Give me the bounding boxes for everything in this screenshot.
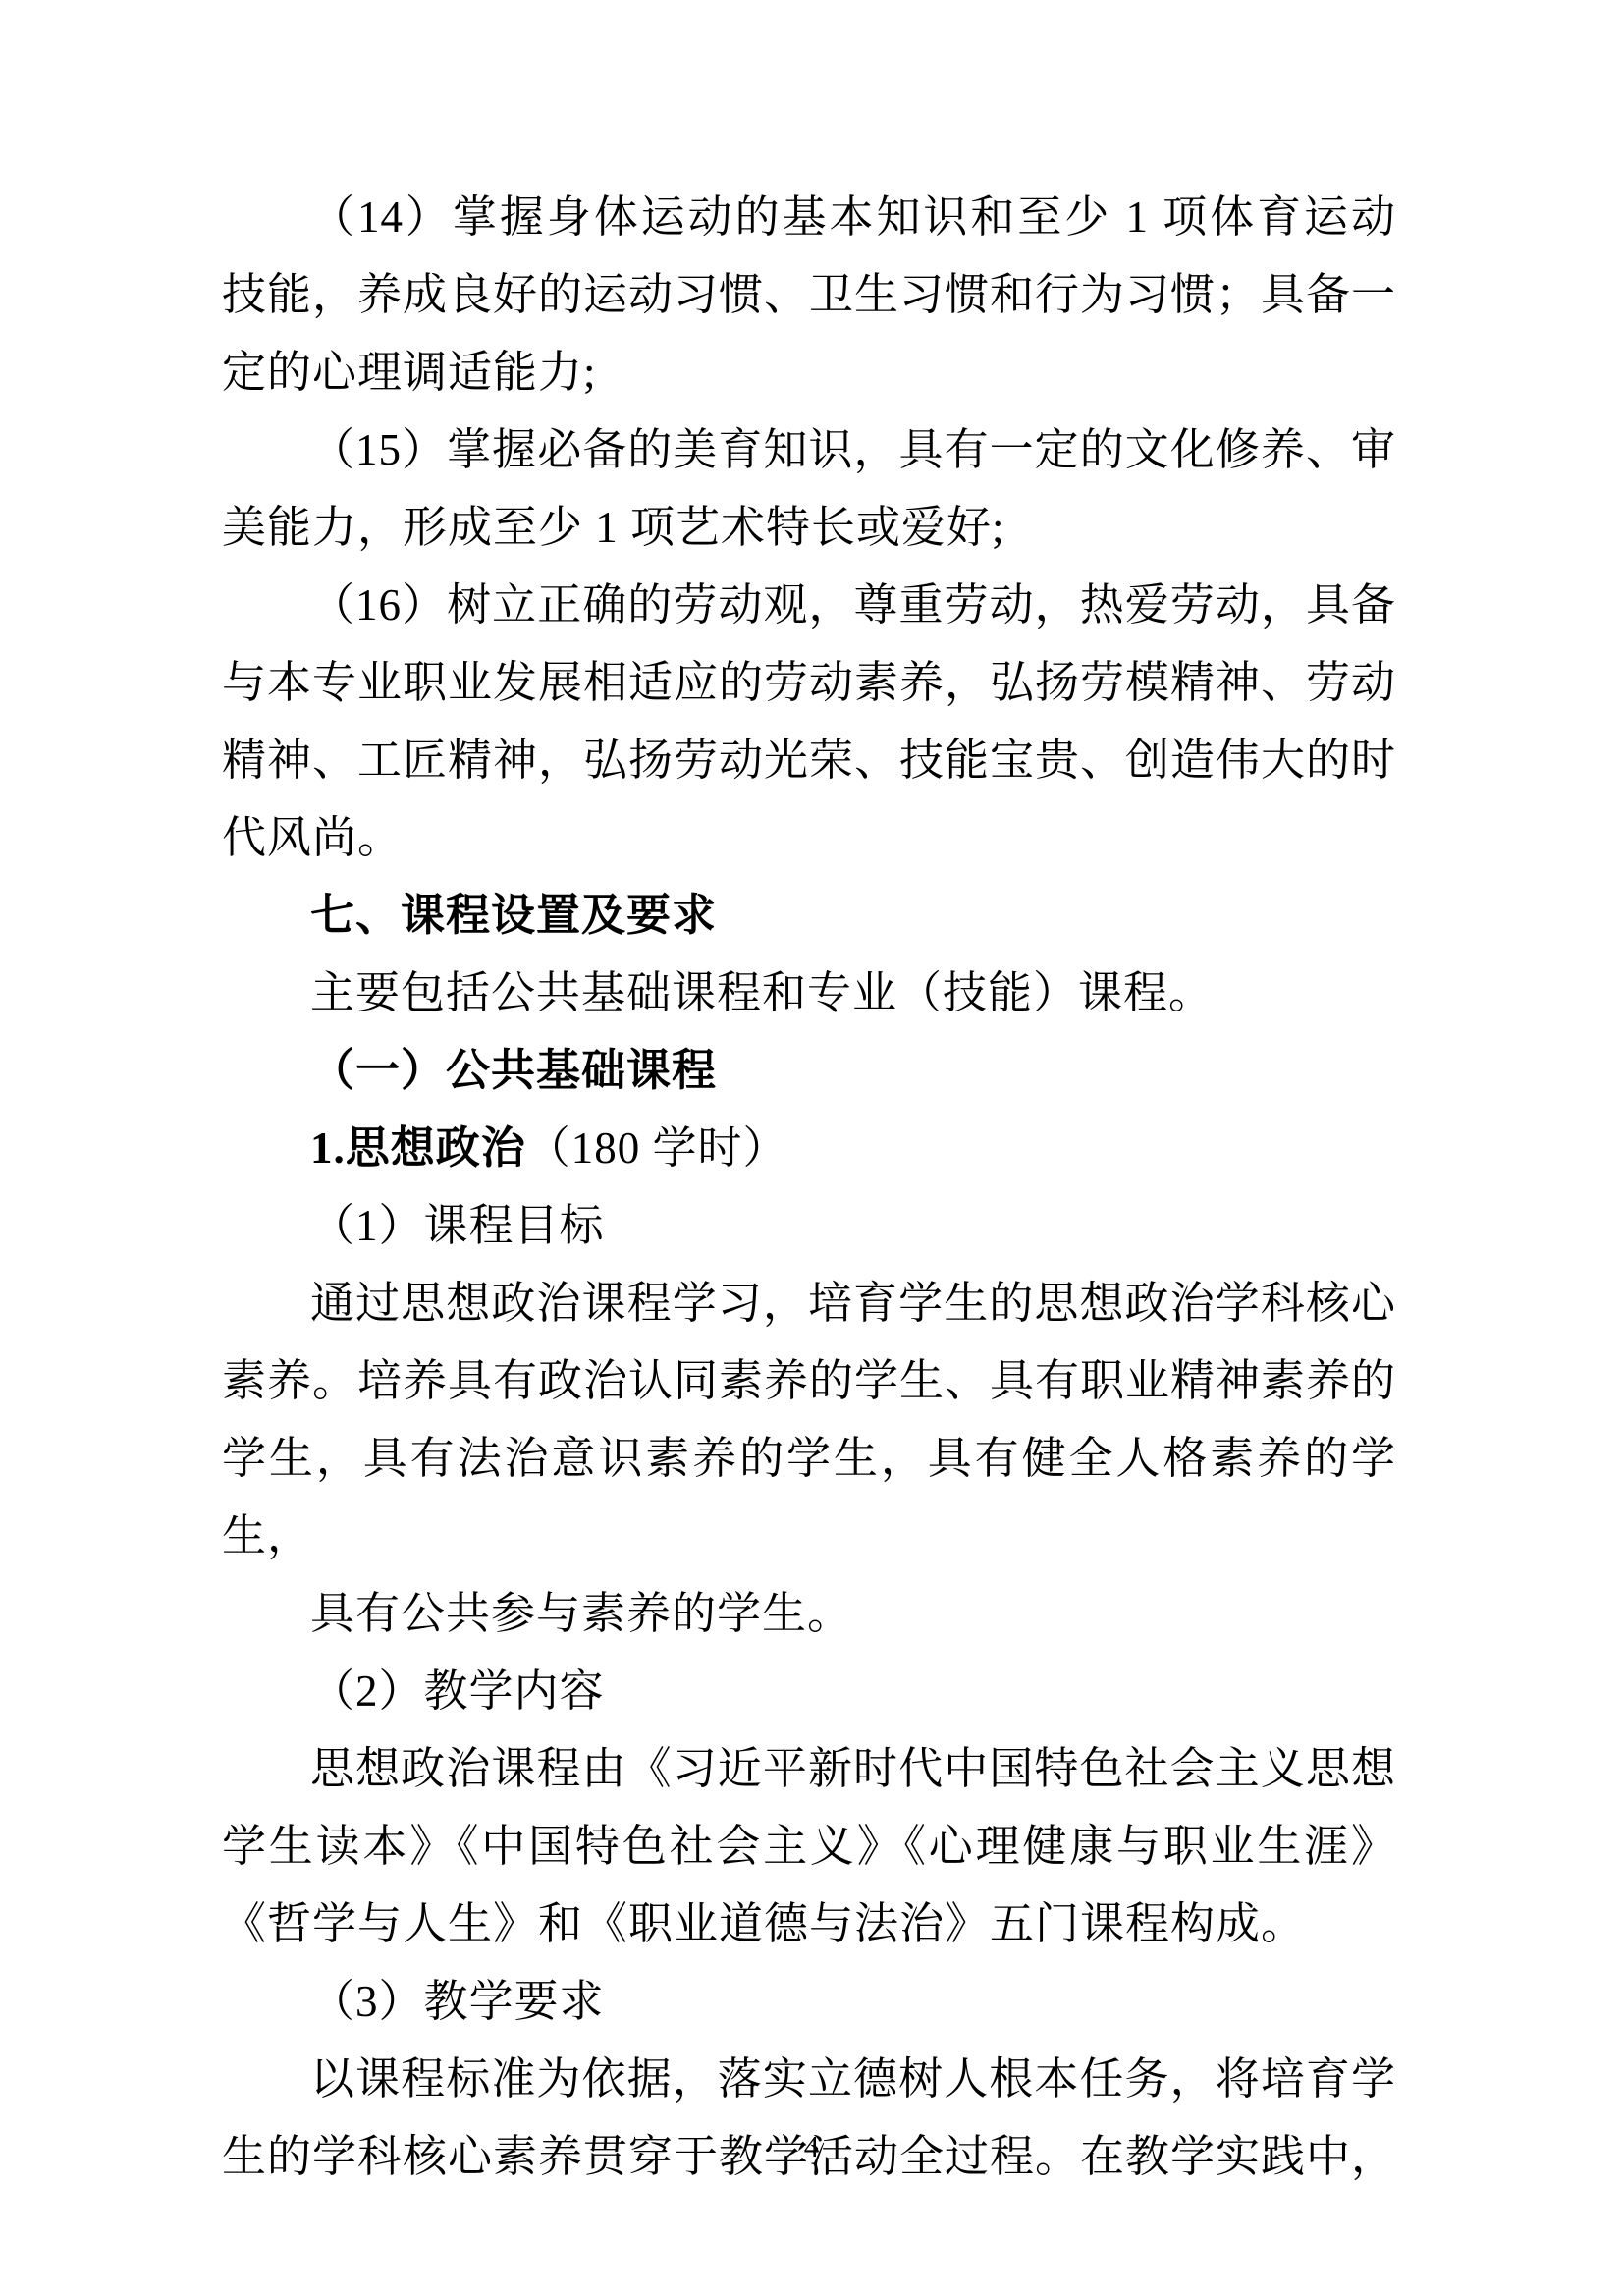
- label-course-goal: （1）课程目标: [222, 1187, 1396, 1265]
- course-hours: （180 学时）: [526, 1123, 788, 1173]
- paragraph-teaching-requirements: 以课程标准为依据，落实立德树人根本任务，将培育学生的学科核心素养贯穿于教学活动全…: [222, 2041, 1396, 2196]
- paragraph-teaching-content: 思想政治课程由《习近平新时代中国特色社会主义思想学生读本》《中国特色社会主义》《…: [222, 1730, 1396, 1963]
- course-title-line: 1.思想政治（180 学时）: [222, 1110, 1396, 1187]
- page-number: 4: [0, 2127, 1623, 2166]
- paragraph-section-overview: 主要包括公共基础课程和专业（技能）课程。: [222, 955, 1396, 1032]
- paragraph-objective-15: （15）掌握必备的美育知识，具有一定的文化修养、审美能力，形成至少 1 项艺术特…: [222, 411, 1396, 567]
- section-heading-7: 七、课程设置及要求: [222, 877, 1396, 955]
- paragraph-objective-16: （16）树立正确的劳动观，尊重劳动，热爱劳动，具备与本专业职业发展相适应的劳动素…: [222, 567, 1396, 877]
- course-title-ideological-politics: 1.思想政治: [310, 1123, 526, 1173]
- document-page: （14）掌握身体运动的基本知识和至少 1 项体育运动技能，养成良好的运动习惯、卫…: [0, 0, 1623, 2296]
- document-body: （14）掌握身体运动的基本知识和至少 1 项体育运动技能，养成良好的运动习惯、卫…: [222, 179, 1396, 2196]
- label-teaching-requirements: （3）教学要求: [222, 1963, 1396, 2041]
- paragraph-objective-14: （14）掌握身体运动的基本知识和至少 1 项体育运动技能，养成良好的运动习惯、卫…: [222, 179, 1396, 411]
- paragraph-course-goal-continued: 具有公共参与素养的学生。: [222, 1575, 1396, 1653]
- paragraph-course-goal: 通过思想政治课程学习，培育学生的思想政治学科核心素养。培养具有政治认同素养的学生…: [222, 1265, 1396, 1575]
- label-teaching-content: （2）教学内容: [222, 1653, 1396, 1730]
- subsection-heading-public-basic-courses: （一）公共基础课程: [222, 1032, 1396, 1110]
